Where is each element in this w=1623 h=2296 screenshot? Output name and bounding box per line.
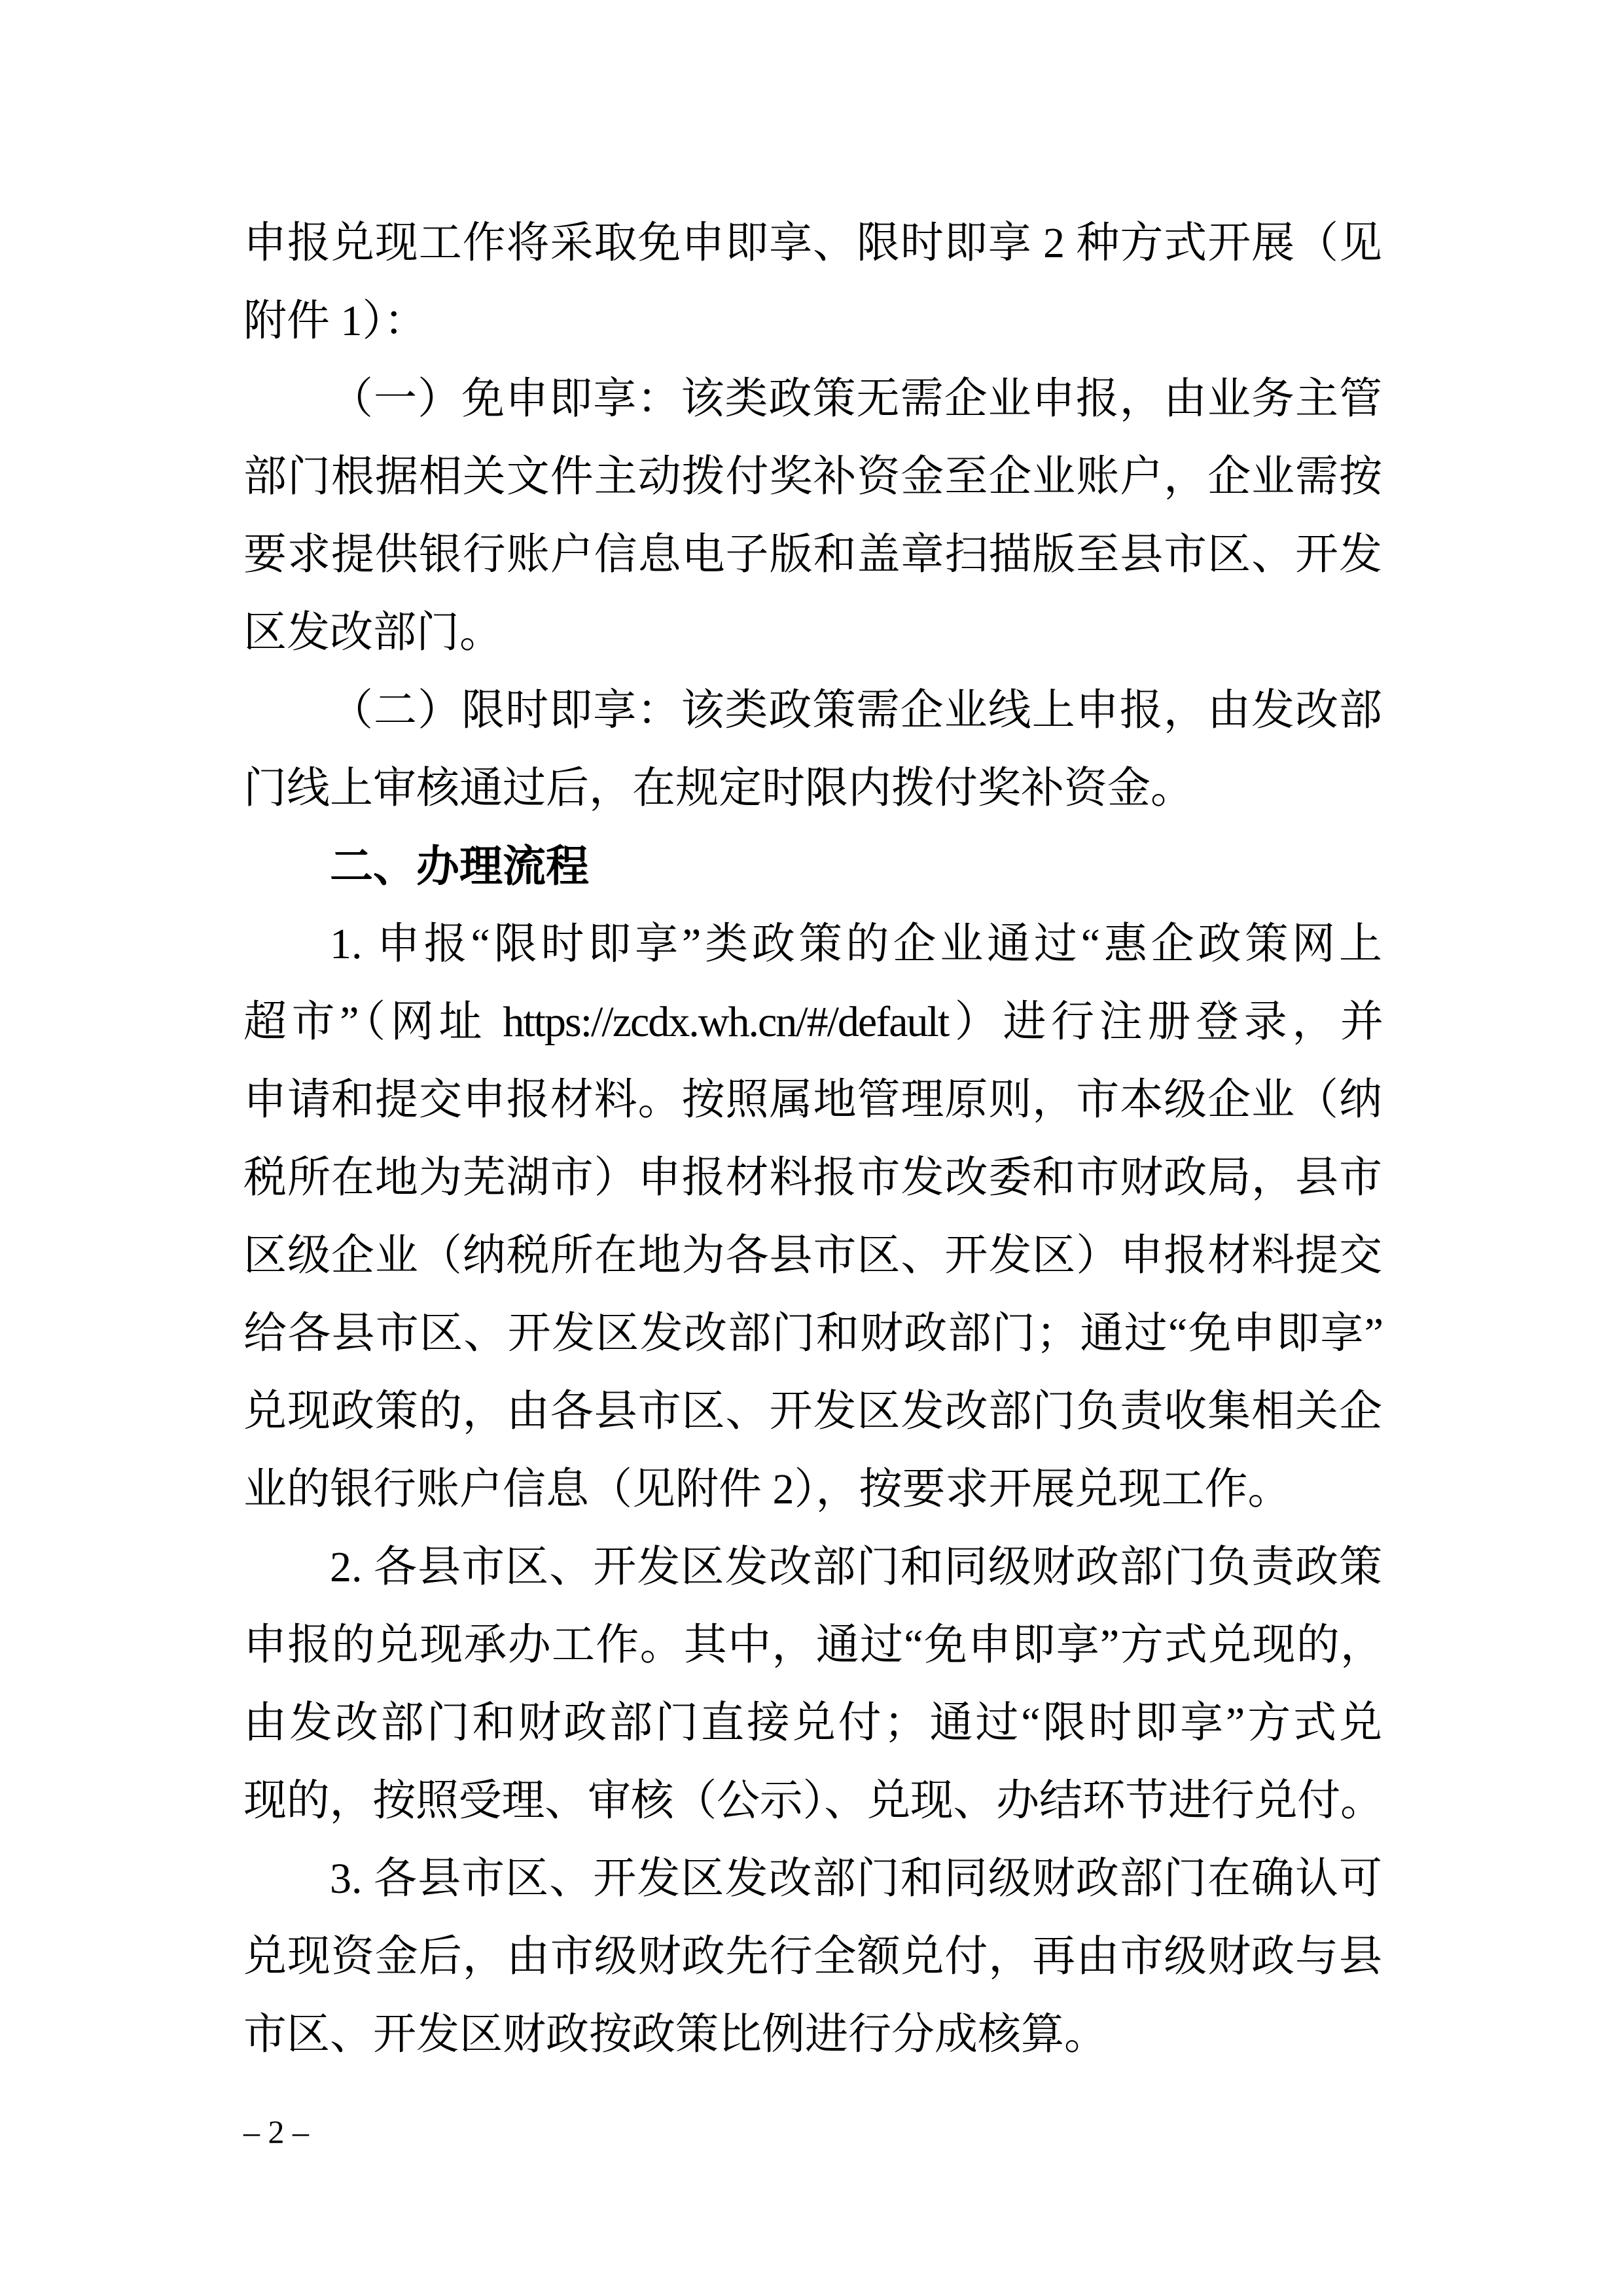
text-line: 申报兑现工作将采取免申即享、限时即享 2 种方式开展（见 xyxy=(243,204,1382,282)
text-line: 兑现政策的，由各县市区、开发区发改部门负责收集相关企 xyxy=(243,1372,1382,1450)
text-line: 申报的兑现承办工作。其中，通过“免申即享”方式兑现的， xyxy=(243,1606,1382,1684)
text-line: （二）限时即享：该类政策需企业线上申报，由发改部 xyxy=(243,672,1382,749)
text-line: 兑现资金后，由市级财政先行全额兑付，再由市级财政与县 xyxy=(243,1918,1382,1996)
text-line: 由发改部门和财政部门直接兑付；通过“限时即享”方式兑 xyxy=(243,1684,1382,1762)
text-line: 区级企业（纳税所在地为各县市区、开发区）申报材料提交 xyxy=(243,1217,1382,1295)
section-heading: 二、办理流程 xyxy=(243,827,1382,905)
text-line: 附件 1）： xyxy=(243,282,1382,360)
text-line: 税所在地为芜湖市）申报材料报市发改委和市财政局，县市 xyxy=(243,1139,1382,1217)
text-line: 给各县市区、开发区发改部门和财政部门；通过“免申即享” xyxy=(243,1295,1382,1372)
document-body: 申报兑现工作将采取免申即享、限时即享 2 种方式开展（见 附件 1）： （一）免… xyxy=(243,204,1382,2073)
text-line: 区发改部门。 xyxy=(243,594,1382,672)
document-page: 申报兑现工作将采取免申即享、限时即享 2 种方式开展（见 附件 1）： （一）免… xyxy=(0,0,1623,2296)
page-number: – 2 – xyxy=(243,2111,309,2152)
text-line: 部门根据相关文件主动拨付奖补资金至企业账户，企业需按 xyxy=(243,438,1382,516)
text-line: （一）免申即享：该类政策无需企业申报，由业务主管 xyxy=(243,360,1382,438)
text-line: 申请和提交申报材料。按照属地管理原则，市本级企业（纳 xyxy=(243,1061,1382,1139)
text-line: 市区、开发区财政按政策比例进行分成核算。 xyxy=(243,1996,1382,2073)
text-line-with-url: 超市”（网址 https://zcdx.wh.cn/#/default）进行注册… xyxy=(243,983,1382,1061)
text-line: 业的银行账户信息（见附件 2），按要求开展兑现工作。 xyxy=(243,1450,1382,1528)
text-line: 1. 申报“限时即享”类政策的企业通过“惠企政策网上 xyxy=(243,905,1382,983)
text-line: 现的，按照受理、审核（公示）、兑现、办结环节进行兑付。 xyxy=(243,1762,1382,1840)
text-line: 要求提供银行账户信息电子版和盖章扫描版至县市区、开发 xyxy=(243,516,1382,594)
text-line: 3. 各县市区、开发区发改部门和同级财政部门在确认可 xyxy=(243,1840,1382,1918)
text-line: 2. 各县市区、开发区发改部门和同级财政部门负责政策 xyxy=(243,1528,1382,1606)
text-line: 门线上审核通过后，在规定时限内拨付奖补资金。 xyxy=(243,749,1382,827)
